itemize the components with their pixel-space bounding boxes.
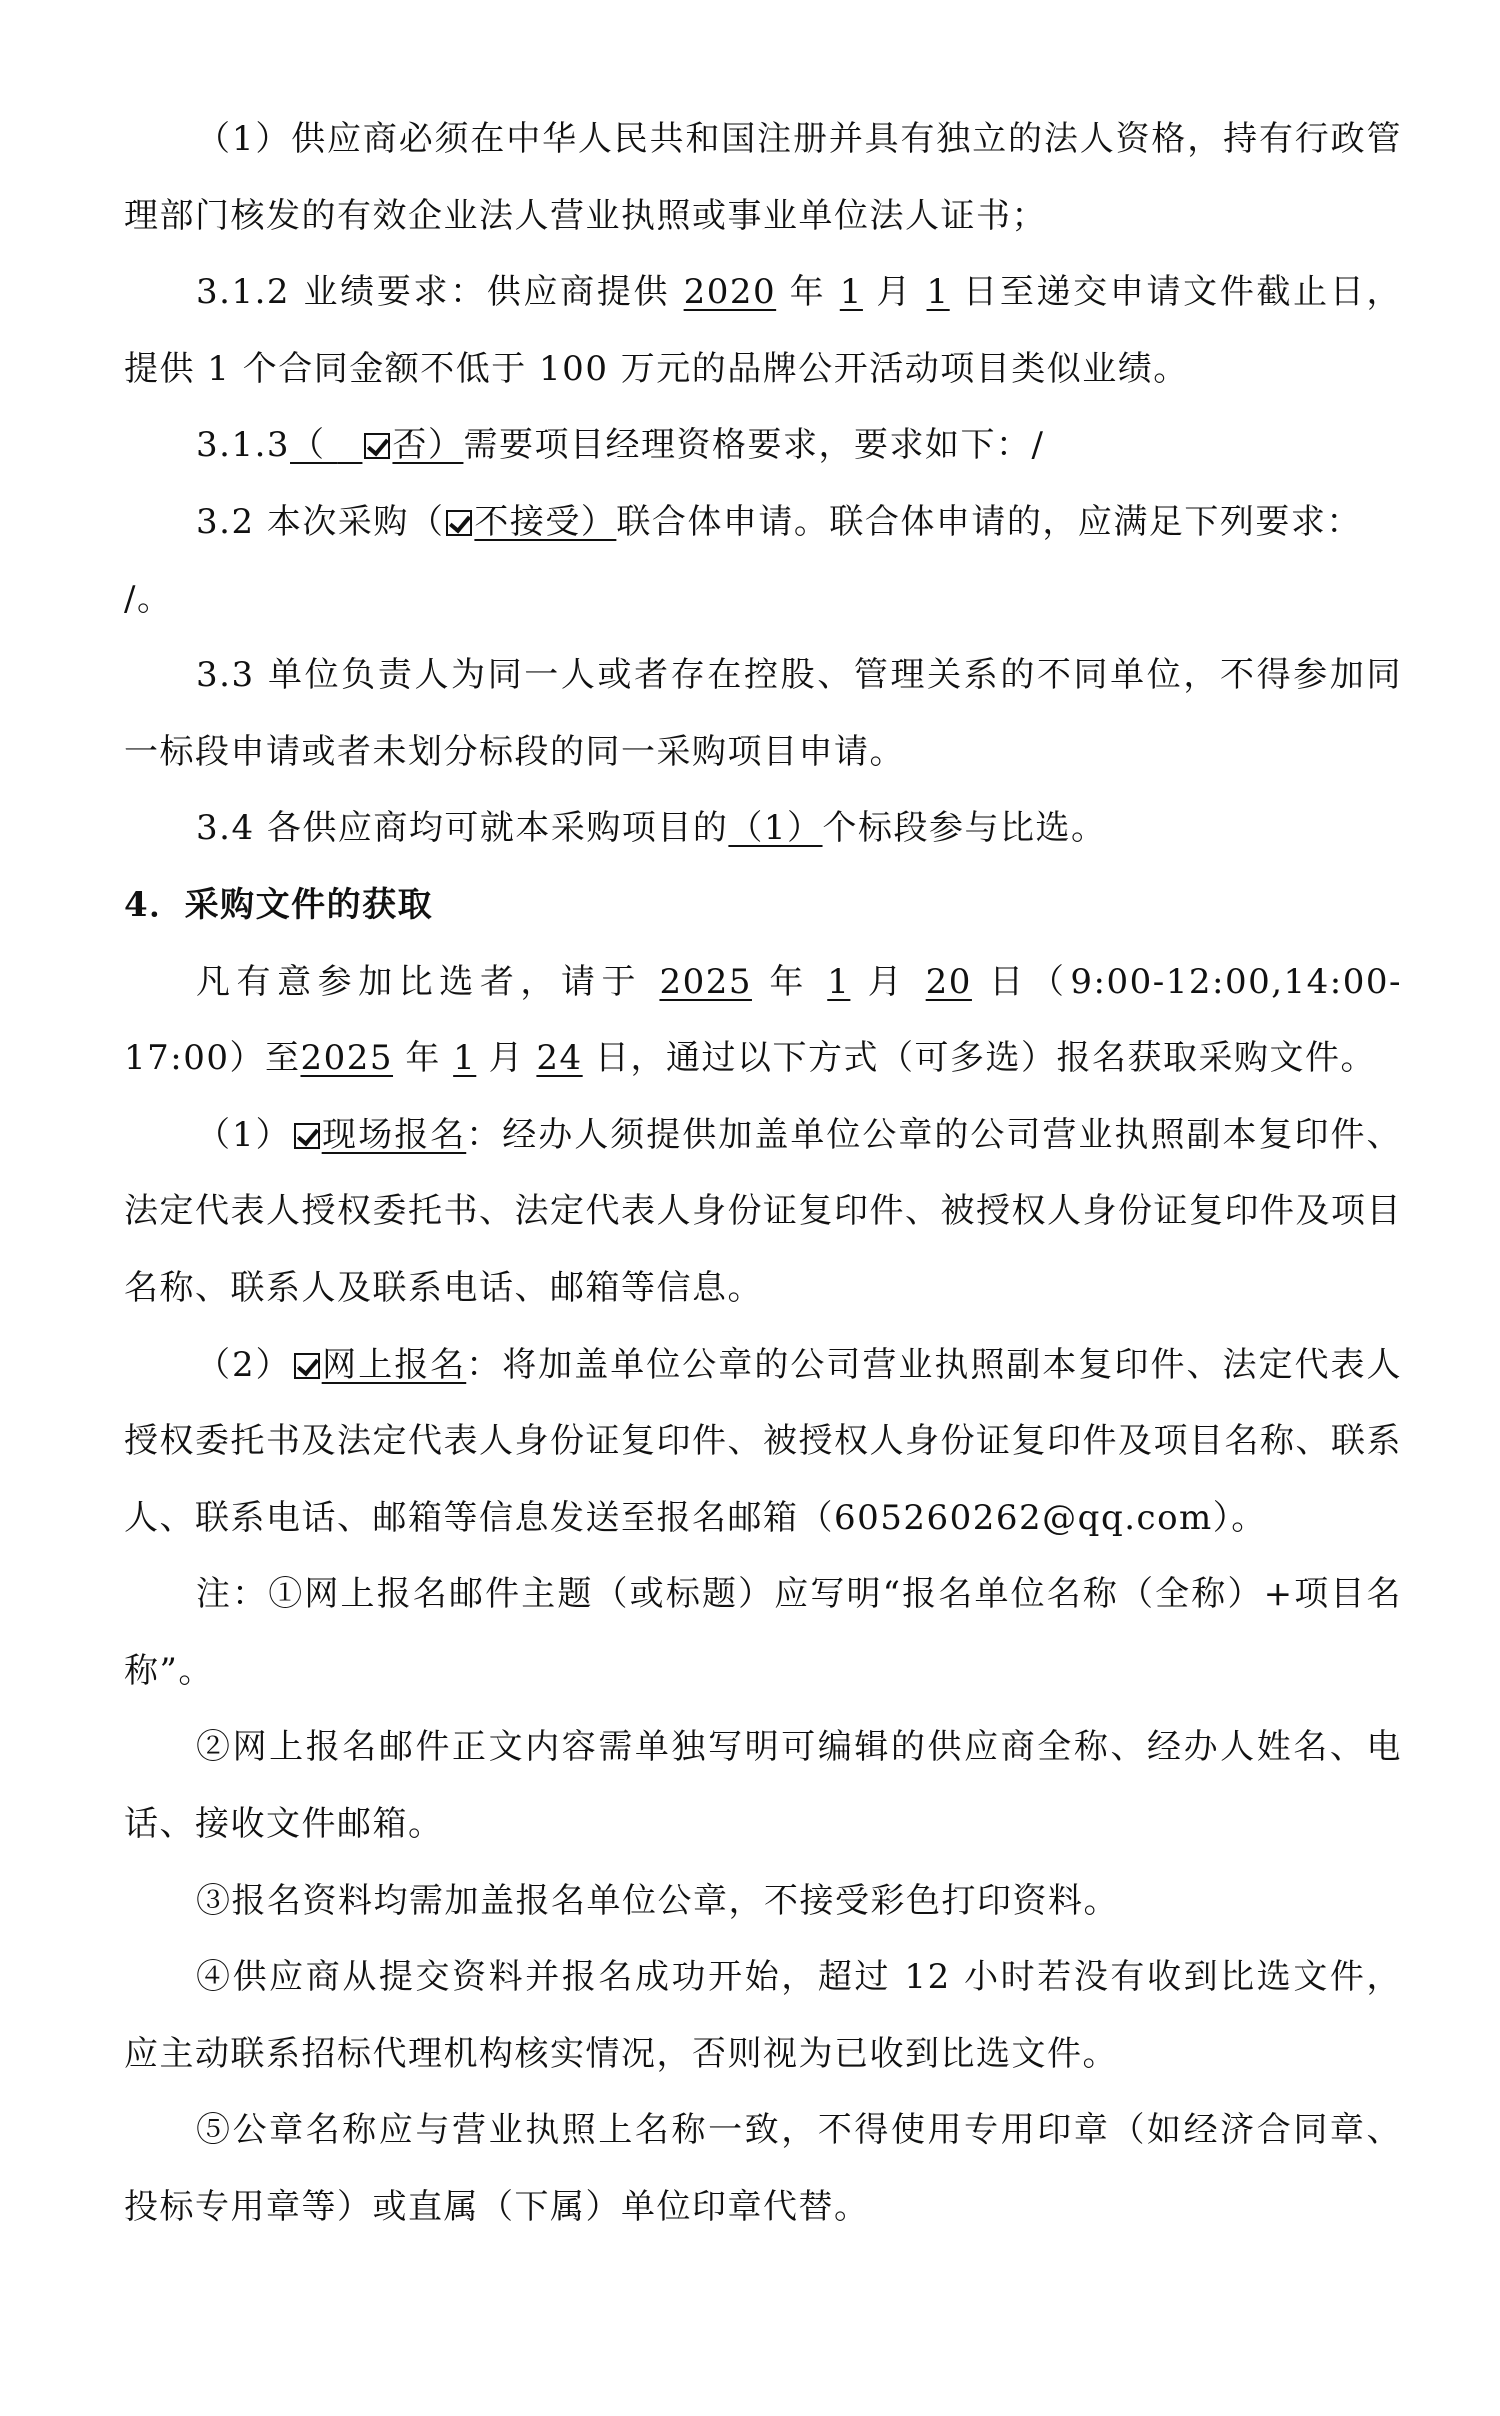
note-2-email-body: ②网上报名邮件正文内容需单独写明可编辑的供应商全称、经办人姓名、电话、接收文件邮… bbox=[124, 1709, 1402, 1862]
performance-start-month: 1 bbox=[840, 272, 863, 312]
paragraph-3-1-3-pm-requirement: 3.1.3（ 否）需要项目经理资格要求，要求如下：/ bbox=[124, 407, 1402, 484]
paragraph-3-4-lots: 3.4 各供应商均可就本采购项目的（1）个标段参与比选。 bbox=[124, 790, 1402, 867]
text: 联合体申请。联合体申请的，应满足下列要求： bbox=[616, 502, 1362, 542]
lot-count: （1） bbox=[728, 808, 822, 848]
text: 需要项目经理资格要求，要求如下：/ bbox=[463, 425, 1044, 465]
paragraph-3-3-related-units: 3.3 单位负责人为同一人或者存在控股、管理关系的不同单位，不得参加同一标段申请… bbox=[124, 637, 1402, 790]
text: 否） bbox=[392, 425, 463, 465]
start-year: 2025 bbox=[659, 962, 752, 1002]
text: 年 bbox=[752, 962, 827, 1002]
option-online-registration: （2）网上报名：将加盖单位公章的公司营业执照副本复印件、法定代表人授权委托书及法… bbox=[124, 1327, 1402, 1557]
text: 3.1.3 bbox=[196, 425, 290, 465]
text: 月 bbox=[476, 1038, 536, 1078]
text: 年 bbox=[776, 272, 840, 312]
note-5-seal-name: ⑤公章名称应与营业执照上名称一致，不得使用专用印章（如经济合同章、投标专用章等）… bbox=[124, 2092, 1402, 2245]
checked-checkbox-icon bbox=[294, 1353, 320, 1379]
paragraph-3-1-2-performance: 3.1.2 业绩要求：供应商提供 2020 年 1 月 1 日至递交申请文件截止… bbox=[124, 254, 1402, 407]
document-page: （1）供应商必须在中华人民共和国注册并具有独立的法人资格，持有行政管理部门核发的… bbox=[124, 101, 1402, 2246]
text: 现场报名 bbox=[322, 1115, 467, 1155]
consortium-option: 不接受） bbox=[444, 502, 616, 542]
end-year: 2025 bbox=[300, 1038, 393, 1078]
text: 网上报名 bbox=[322, 1345, 467, 1385]
end-day: 24 bbox=[536, 1038, 582, 1078]
option-onsite-registration: （1）现场报名：经办人须提供加盖单位公章的公司营业执照副本复印件、法定代表人授权… bbox=[124, 1097, 1402, 1327]
text: 不接受） bbox=[474, 502, 616, 542]
text: 3.2 本次采购（ bbox=[196, 502, 444, 542]
text: 月 bbox=[850, 962, 925, 1002]
paragraph-3-2-consortium: 3.2 本次采购（不接受）联合体申请。联合体申请的，应满足下列要求：/。 bbox=[124, 484, 1402, 637]
text: 年 bbox=[393, 1038, 453, 1078]
text: （2） bbox=[196, 1345, 292, 1385]
text: （ bbox=[290, 425, 338, 465]
text: 个标段参与比选。 bbox=[823, 808, 1107, 848]
performance-start-year: 2020 bbox=[684, 272, 777, 312]
paragraph-registration-period: 凡有意参加比选者，请于 2025 年 1 月 20 日（9:00-12:00,1… bbox=[124, 944, 1402, 1097]
checked-checkbox-icon bbox=[446, 510, 472, 536]
paragraph-legal-entity: （1）供应商必须在中华人民共和国注册并具有独立的法人资格，持有行政管理部门核发的… bbox=[124, 101, 1402, 254]
note-1-email-subject: 注：①网上报名邮件主题（或标题）应写明“报名单位名称（全称）+项目名称”。 bbox=[124, 1556, 1402, 1709]
section-heading-4: 4．采购文件的获取 bbox=[124, 867, 1402, 944]
text: （1） bbox=[196, 1115, 292, 1155]
note-3-official-seal: ③报名资料均需加盖报名单位公章，不接受彩色打印资料。 bbox=[124, 1863, 1402, 1940]
start-month: 1 bbox=[827, 962, 850, 1002]
start-day: 20 bbox=[926, 962, 972, 1002]
end-month: 1 bbox=[453, 1038, 476, 1078]
checked-checkbox-icon bbox=[294, 1123, 320, 1149]
text: 3.1.2 业绩要求：供应商提供 bbox=[196, 272, 684, 312]
text: 日，通过以下方式（可多选）报名获取采购文件。 bbox=[583, 1038, 1376, 1078]
text: 3.4 各供应商均可就本采购项目的 bbox=[196, 808, 728, 848]
checked-checkbox-icon bbox=[364, 433, 390, 459]
pm-requirement-option: （ 否） bbox=[290, 425, 463, 465]
note-4-receipt-timeout: ④供应商从提交资料并报名成功开始，超过 12 小时若没有收到比选文件，应主动联系… bbox=[124, 1939, 1402, 2092]
text: 凡有意参加比选者，请于 bbox=[196, 962, 659, 1002]
onsite-registration-label: 现场报名 bbox=[292, 1115, 467, 1155]
text: 月 bbox=[863, 272, 927, 312]
online-registration-label: 网上报名 bbox=[292, 1345, 467, 1385]
text: /。 bbox=[124, 579, 172, 619]
performance-start-day: 1 bbox=[927, 272, 950, 312]
